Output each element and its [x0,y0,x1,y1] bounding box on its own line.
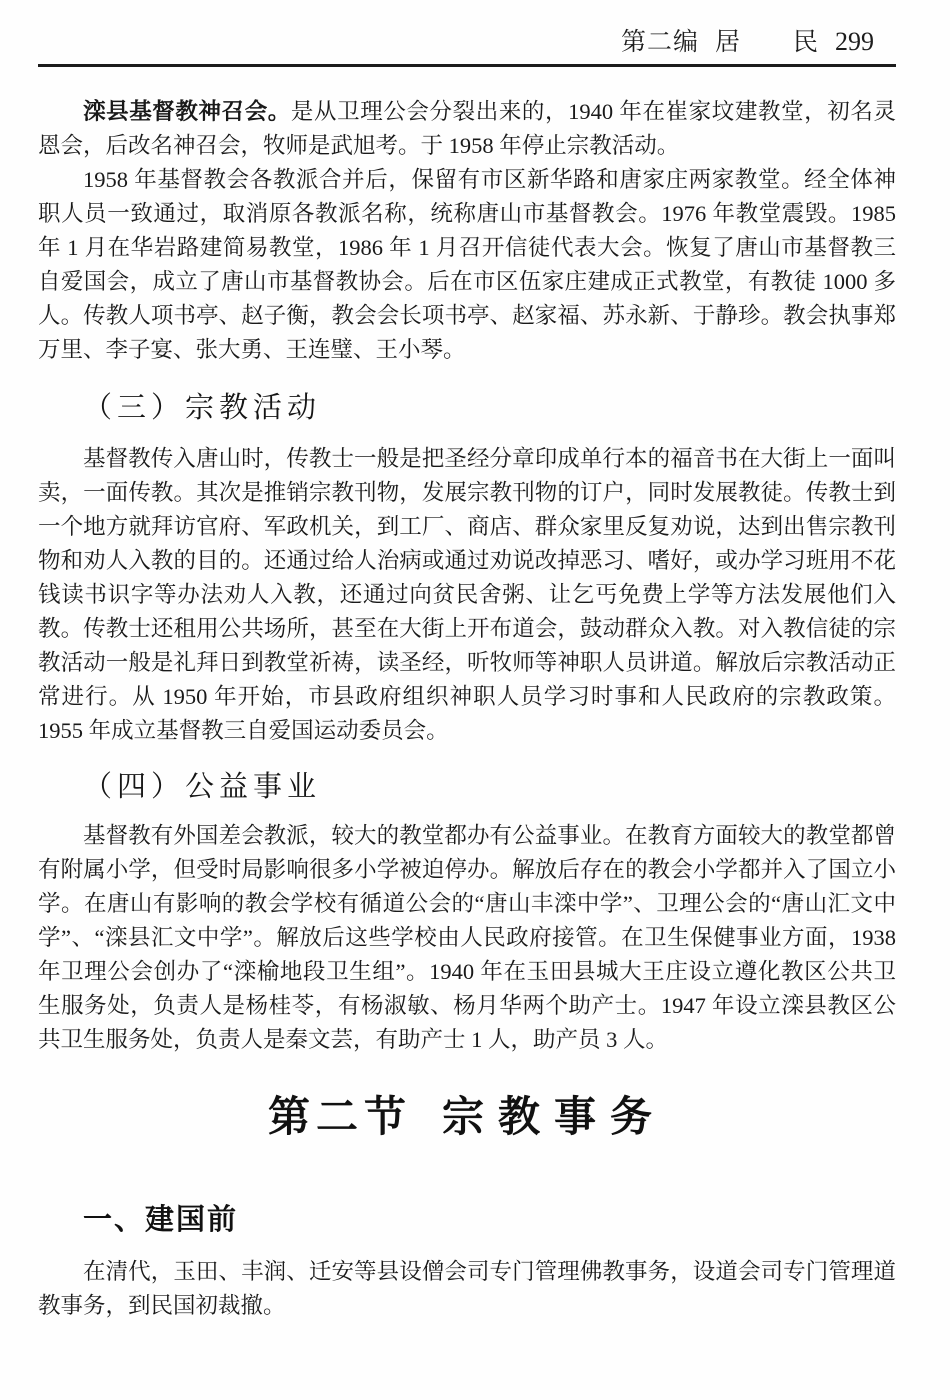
page-body: 滦县基督教神召会。是从卫理公会分裂出来的，1940 年在崔家坟建教堂，初名灵恩会… [38,95,896,1323]
running-header: 第二编 居 民 299 [38,26,896,59]
paragraph-qing-dynasty: 在清代，玉田、丰润、迁安等县设僧会司专门管理佛教事务，设道会司专门管理道教事务，… [38,1255,896,1323]
chapter-title: 居 民 [715,27,819,59]
paragraph-lead-bold: 滦县基督教神召会。 [83,99,291,124]
scanned-book-page: 第二编 居 民 299 滦县基督教神召会。是从卫理公会分裂出来的，1940 年在… [0,0,950,1400]
page-number: 299 [835,26,874,58]
section-title-text: 宗教事务 [442,1093,666,1140]
heading-public-welfare: （四）公益事业 [83,768,896,807]
heading-religious-activities: （三）宗教活动 [83,389,896,428]
edition-label: 第二编 [621,27,699,59]
header-rule [38,64,896,67]
paragraph-religious-activities: 基督教传入唐山时，传教士一般是把圣经分章印成单行本的福音书在大街上一面叫卖，一面… [38,442,896,748]
paragraph-public-welfare: 基督教有外国差会教派，较大的教堂都办有公益事业。在教育方面较大的教堂都曾有附属小… [38,819,896,1057]
paragraph-church-merger: 1958 年基督教会各教派合并后，保留有市区新华路和唐家庄两家教堂。经全体神职人… [38,163,896,367]
section-title: 第二节宗教事务 [38,1091,896,1143]
section-number: 第二节 [268,1093,412,1140]
subheading-pre-founding: 一、建国前 [83,1201,896,1239]
paragraph-shenzhaohui: 滦县基督教神召会。是从卫理公会分裂出来的，1940 年在崔家坟建教堂，初名灵恩会… [38,95,896,163]
